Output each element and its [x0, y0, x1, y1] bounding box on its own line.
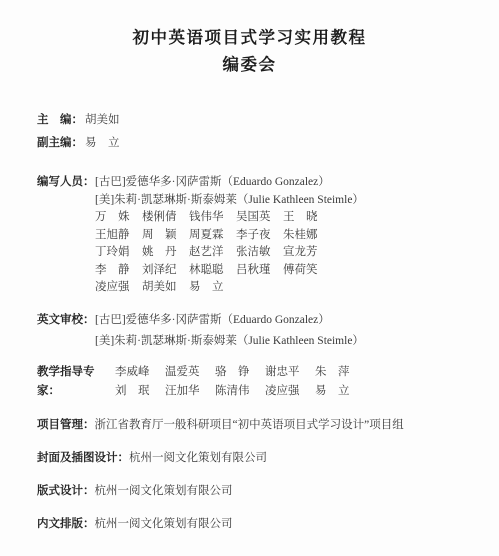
- typesetting-value: 杭州一阅文化策划有限公司: [95, 518, 233, 530]
- project-management-value: 浙江省教育厅一般科研项目“初中英语项目式学习设计”项目组: [95, 419, 404, 431]
- writer-name: 钱伟华: [189, 209, 236, 227]
- advisor-name: 朱 萍: [315, 363, 365, 382]
- advisor-name: 汪加华: [165, 382, 215, 401]
- writer-name: 楼俐倩: [142, 209, 189, 227]
- page-content: 主 编：胡美如 副主编：易 立 编写人员： [古巴]爱德华多·冈萨雷斯（Edua…: [0, 109, 499, 534]
- layout-design-row: 版式设计：杭州一阅文化策划有限公司: [37, 481, 471, 501]
- book-title: 初中英语项目式学习实用教程: [0, 24, 499, 51]
- writer-name: 周 颖: [142, 227, 189, 245]
- advisors-list: 李威峰 温爱英 骆 铮 谢忠平 朱 萍 刘 珉 汪加华 陈清伟 凌应强 易 立: [115, 363, 471, 401]
- advisor-name: 易 立: [315, 382, 365, 401]
- english-review-label: 英文审校：: [37, 310, 95, 331]
- writer-name: 刘泽纪: [142, 262, 189, 280]
- english-review-list: [古巴]爱德华多·冈萨雷斯（Eduardo Gonzalez） [美]朱莉·凯瑟…: [95, 310, 471, 352]
- writer-name: 张洁敏: [236, 244, 283, 262]
- writer-name: 林聪聪: [189, 262, 236, 280]
- english-reviewer: [美]朱莉·凯瑟琳斯·斯泰姆莱（Julie Kathleen Steimle）: [95, 331, 471, 352]
- writer-name: 李子夜: [236, 227, 283, 245]
- advisors-label: 教学指导专家：: [37, 363, 115, 401]
- chief-editor-name: 胡美如: [85, 114, 120, 126]
- project-management-label: 项目管理：: [37, 419, 95, 431]
- writer-name: 朱桂娜: [283, 227, 330, 245]
- writer-name: 吴国英: [236, 209, 283, 227]
- editor-roles: 主 编：胡美如 副主编：易 立: [37, 109, 471, 155]
- writer-name: 周夏霖: [189, 227, 236, 245]
- writer-name: 易 立: [189, 279, 236, 297]
- advisors-section: 教学指导专家： 李威峰 温爱英 骆 铮 谢忠平 朱 萍 刘 珉 汪加华 陈清伟 …: [37, 363, 471, 401]
- cover-design-row: 封面及插图设计：杭州一阅文化策划有限公司: [37, 448, 471, 468]
- writer-name: 李 静: [95, 262, 142, 280]
- typesetting-label: 内文排版：: [37, 518, 95, 530]
- writer-name: 胡美如: [142, 279, 189, 297]
- writer-name: 宣龙芳: [283, 244, 330, 262]
- english-reviewer: [古巴]爱德华多·冈萨雷斯（Eduardo Gonzalez）: [95, 310, 471, 331]
- writer-name-row: 李 静 刘泽纪 林聪聪 吕秋瑾 傅荷笑: [95, 262, 471, 280]
- advisor-name: 骆 铮: [215, 363, 265, 382]
- english-review-section: 英文审校： [古巴]爱德华多·冈萨雷斯（Eduardo Gonzalez） [美…: [37, 310, 471, 352]
- advisor-name: 李威峰: [115, 363, 165, 382]
- advisor-name-row: 刘 珉 汪加华 陈清伟 凌应强 易 立: [115, 382, 471, 401]
- writer-name: 丁玲娟: [95, 244, 142, 262]
- writer-name: 万 姝: [95, 209, 142, 227]
- writer-name: 傅荷笑: [283, 262, 330, 280]
- advisor-name: 陈清伟: [215, 382, 265, 401]
- writers-list: [古巴]爱德华多·冈萨雷斯（Eduardo Gonzalez） [美]朱莉·凯瑟…: [95, 174, 471, 297]
- writers-section: 编写人员： [古巴]爱德华多·冈萨雷斯（Eduardo Gonzalez） [美…: [37, 174, 471, 297]
- writer-name: 凌应强: [95, 279, 142, 297]
- typesetting-row: 内文排版：杭州一阅文化策划有限公司: [37, 514, 471, 534]
- layout-design-label: 版式设计：: [37, 485, 95, 497]
- chief-editor-row: 主 编：胡美如: [37, 109, 471, 132]
- writer-name-row: 王旭静 周 颖 周夏霖 李子夜 朱桂娜: [95, 227, 471, 245]
- writer-name: 王 晓: [283, 209, 330, 227]
- advisor-name: 温爱英: [165, 363, 215, 382]
- writer-name: 吕秋瑾: [236, 262, 283, 280]
- writer-name-row: 万 姝 楼俐倩 钱伟华 吴国英 王 晓: [95, 209, 471, 227]
- page-title: 初中英语项目式学习实用教程 编委会: [0, 0, 499, 78]
- advisor-name: 刘 珉: [115, 382, 165, 401]
- committee-page: 初中英语项目式学习实用教程 编委会 主 编：胡美如 副主编：易 立 编写人员： …: [0, 0, 499, 556]
- committee-heading: 编委会: [0, 51, 499, 78]
- writer-name-row: 丁玲娟 姚 丹 赵艺洋 张洁敏 宣龙芳: [95, 244, 471, 262]
- writer-name: 王旭静: [95, 227, 142, 245]
- writer-foreign-line: [美]朱莉·凯瑟琳斯·斯泰姆莱（Julie Kathleen Steimle）: [95, 192, 471, 210]
- advisor-name: 凌应强: [265, 382, 315, 401]
- deputy-editor-name: 易 立: [85, 137, 120, 149]
- layout-design-value: 杭州一阅文化策划有限公司: [95, 485, 233, 497]
- writer-name: 姚 丹: [142, 244, 189, 262]
- deputy-editor-row: 副主编：易 立: [37, 132, 471, 155]
- deputy-editor-label: 副主编：: [37, 132, 85, 155]
- writer-name-row: 凌应强 胡美如 易 立: [95, 279, 471, 297]
- chief-editor-label: 主 编：: [37, 109, 85, 132]
- cover-design-label: 封面及插图设计：: [37, 452, 129, 464]
- writers-label: 编写人员：: [37, 174, 95, 192]
- advisor-name-row: 李威峰 温爱英 骆 铮 谢忠平 朱 萍: [115, 363, 471, 382]
- writer-foreign-line: [古巴]爱德华多·冈萨雷斯（Eduardo Gonzalez）: [95, 174, 471, 192]
- writer-name: 赵艺洋: [189, 244, 236, 262]
- project-management-row: 项目管理：浙江省教育厅一般科研项目“初中英语项目式学习设计”项目组: [37, 415, 471, 435]
- advisor-name: 谢忠平: [265, 363, 315, 382]
- cover-design-value: 杭州一阅文化策划有限公司: [129, 452, 267, 464]
